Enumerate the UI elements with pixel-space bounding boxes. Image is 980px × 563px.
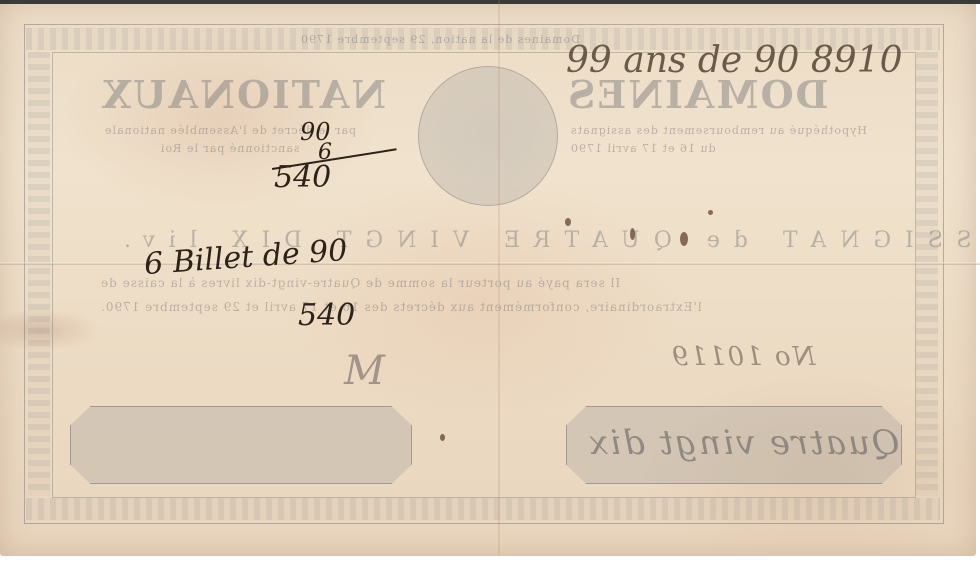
mirrored-subline-right-2: du 16 et 17 avril 1790 (570, 142, 716, 155)
mirrored-subline-right: Hypothéqué au remboursement des assignat… (570, 124, 867, 137)
banknote: Domaines de la nation, 29 septembre 1790… (0, 0, 976, 556)
handwriting-middle-total: 540 (298, 298, 355, 333)
handwriting-top-right: 99 ans de 90 8910 (566, 40, 902, 81)
mirrored-border-text: Domaines de la nation, 29 septembre 1790 (300, 33, 580, 46)
mirrored-subline-left-2: sanctionné par le Roi (160, 142, 300, 155)
decorative-panel-left (70, 406, 412, 484)
vertical-fold (498, 0, 500, 556)
mirrored-header-nationaux: NATIONAUX (100, 72, 386, 117)
ink-stain (440, 434, 445, 441)
handwriting-initials: M (344, 348, 385, 394)
portrait-seal (418, 66, 558, 206)
ink-stain (565, 218, 571, 226)
ink-stain (630, 228, 635, 240)
mirrored-value-text: Quatre vingt dix (587, 423, 900, 463)
ink-stain (708, 210, 713, 215)
handwriting-fraction-bottom: 540 (274, 160, 331, 195)
mirrored-serial-number: No 10119 (670, 342, 815, 372)
mirrored-body-line-2: l'Extraordinaire, conformément aux décre… (100, 300, 702, 314)
photo-top-edge (0, 0, 980, 4)
ink-stain (680, 232, 688, 246)
value-panel-right: Quatre vingt dix (566, 406, 902, 484)
